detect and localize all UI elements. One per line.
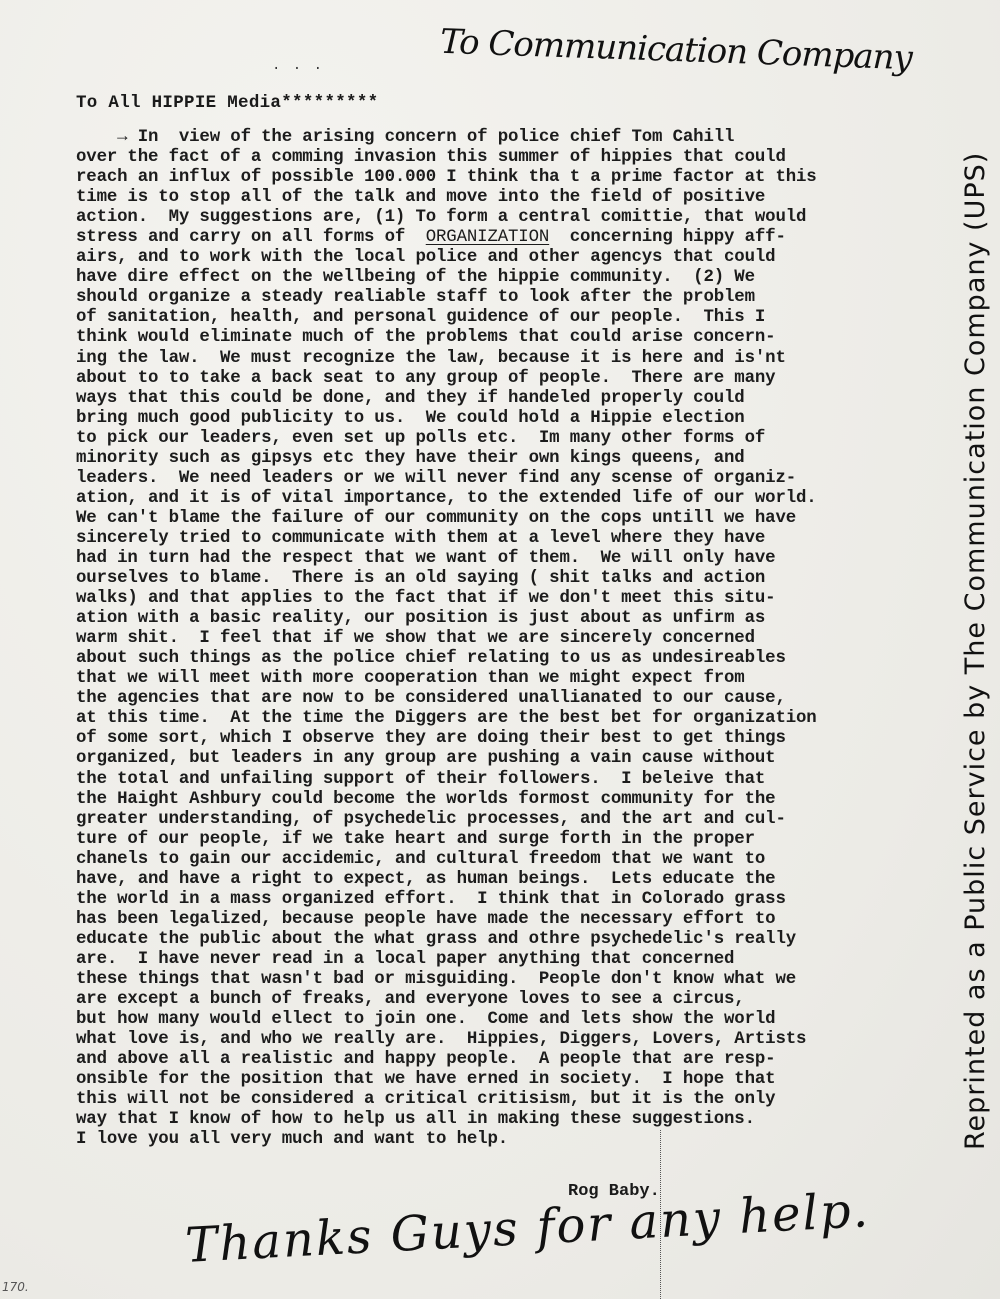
body-line: → In view of the arising concern of poli… <box>76 128 956 148</box>
body-line: think would eliminate much of the proble… <box>76 328 956 348</box>
body-line: action. My suggestions are, (1) To form … <box>76 208 956 228</box>
body-line: the total and unfailing support of their… <box>76 770 956 790</box>
page-number: 170. <box>2 1280 29 1294</box>
body-line: should organize a steady realiable staff… <box>76 288 956 308</box>
body-line: what love is, and who we really are. Hip… <box>76 1030 956 1050</box>
body-line: We can't blame the failure of our commun… <box>76 509 956 529</box>
body-line: this will not be considered a critical c… <box>76 1090 956 1110</box>
letter-body: → In view of the arising concern of poli… <box>76 128 956 1150</box>
body-line: the agencies that are now to be consider… <box>76 689 956 709</box>
body-line: the world in a mass organized effort. I … <box>76 890 956 910</box>
body-line: ation, and it is of vital importance, to… <box>76 489 956 509</box>
body-line: these things that wasn't bad or misguidi… <box>76 970 956 990</box>
body-line: the Haight Ashbury could become the worl… <box>76 790 956 810</box>
body-line: about to to take a back seat to any grou… <box>76 369 956 389</box>
body-line: sincerely tried to communicate with them… <box>76 529 956 549</box>
body-line: and above all a realistic and happy peop… <box>76 1050 956 1070</box>
body-line: minority such as gipsys etc they have th… <box>76 449 956 469</box>
body-line: of sanitation, health, and personal guid… <box>76 308 956 328</box>
body-line: had in turn had the respect that we want… <box>76 549 956 569</box>
body-line: are except a bunch of freaks, and everyo… <box>76 990 956 1010</box>
body-line: but how many would ellect to join one. C… <box>76 1010 956 1030</box>
body-line: ing the law. We must recognize the law, … <box>76 349 956 369</box>
underlined-organization: ORGANIZATION <box>426 228 549 247</box>
body-line: airs, and to work with the local police … <box>76 248 956 268</box>
body-line: reach an influx of possible 100.000 I th… <box>76 168 956 188</box>
body-line: greater understanding, of psychedelic pr… <box>76 810 956 830</box>
body-line: ture of our people, if we take heart and… <box>76 830 956 850</box>
body-line: warm shit. I feel that if we show that w… <box>76 629 956 649</box>
body-line: I love you all very much and want to hel… <box>76 1130 956 1150</box>
body-line: stress and carry on all forms of ORGANIZ… <box>76 228 956 248</box>
body-line: to pick our leaders, even set up polls e… <box>76 429 956 449</box>
body-line: that we will meet with more cooperation … <box>76 669 956 689</box>
body-line: at this time. At the time the Diggers ar… <box>76 709 956 729</box>
body-line: ation with a basic reality, our position… <box>76 609 956 629</box>
body-line: organized, but leaders in any group are … <box>76 749 956 769</box>
body-line: time is to stop all of the talk and move… <box>76 188 956 208</box>
body-line: has been legalized, because people have … <box>76 910 956 930</box>
body-line: way that I know of how to help us all in… <box>76 1110 956 1130</box>
body-line: ways that this could be done, and they i… <box>76 389 956 409</box>
body-line: over the fact of a comming invasion this… <box>76 148 956 168</box>
body-line: chanels to gain our accidemic, and cultu… <box>76 850 956 870</box>
body-line: are. I have never read in a local paper … <box>76 950 956 970</box>
handwritten-thanks-note: Thanks Guys for any help. <box>184 1182 871 1274</box>
handwritten-reprint-note: Reprinted as a Public Service by The Com… <box>960 152 991 1150</box>
document-page: . . . To Communication Company To All HI… <box>0 0 1000 1299</box>
body-line: educate the public about the what grass … <box>76 930 956 950</box>
body-line: about such things as the police chief re… <box>76 649 956 669</box>
body-line: have, and have a right to expect, as hum… <box>76 870 956 890</box>
salutation: To All HIPPIE Media********* <box>76 93 378 113</box>
handwritten-addressee: To Communication Company <box>439 22 912 78</box>
body-line: onsible for the position that we have er… <box>76 1070 956 1090</box>
body-line: leaders. We need leaders or we will neve… <box>76 469 956 489</box>
body-line: have dire effect on the wellbeing of the… <box>76 268 956 288</box>
body-line: bring much good publicity to us. We coul… <box>76 409 956 429</box>
body-line: walks) and that applies to the fact that… <box>76 589 956 609</box>
header-dots: . . . <box>272 58 324 74</box>
body-line: of some sort, which I observe they are d… <box>76 729 956 749</box>
body-line: ourselves to blame. There is an old sayi… <box>76 569 956 589</box>
